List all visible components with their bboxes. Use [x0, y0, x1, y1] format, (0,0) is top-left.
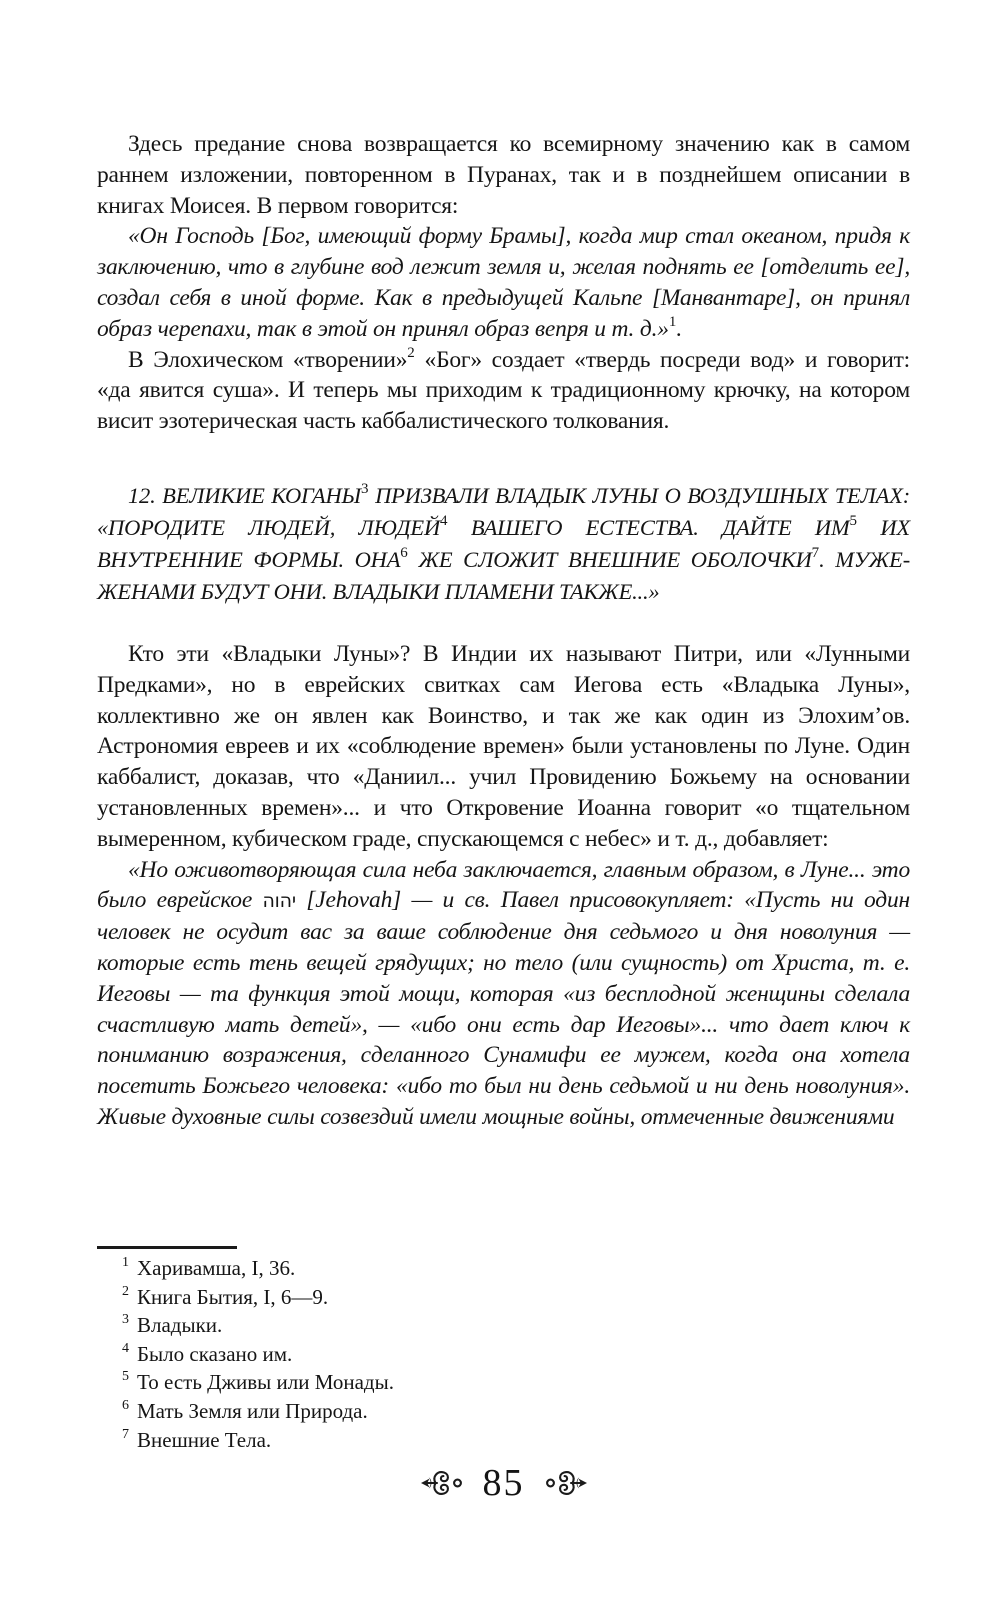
footnote-item: 4Было сказано им.	[97, 1340, 817, 1369]
paragraph-elohistic: В Элохическом «творении»2 «Бог» создает …	[97, 345, 910, 437]
book-page: Здесь предание снова возвращается ко все…	[0, 0, 1000, 1616]
footnote-marker: 1	[122, 1255, 129, 1270]
paragraph-lords-of-moon: Кто эти «Владыки Луны»? В Индии их назыв…	[97, 639, 910, 855]
footnote-item: 7Внешние Тела.	[97, 1426, 817, 1455]
page-footer: 85	[97, 1464, 910, 1502]
footnote-separator	[97, 1246, 237, 1249]
footnote-marker: 5	[122, 1369, 129, 1384]
quote-paragraph-1: «Он Господь [Бог, имеющий форму Брамы], …	[97, 221, 910, 344]
page-number: 85	[483, 1464, 525, 1502]
fleuron-left-icon	[420, 1468, 466, 1498]
footnote-text: Было сказано им.	[137, 1342, 292, 1366]
footnote-text: Харивамша, I, 36.	[137, 1256, 295, 1280]
footnote-marker: 3	[122, 1312, 129, 1327]
footnote-marker: 7	[122, 1427, 129, 1442]
fleuron-right-icon	[542, 1468, 588, 1498]
text-block: Здесь предание снова возвращается ко все…	[97, 129, 910, 1133]
footnote-text: Владыки.	[137, 1313, 222, 1337]
stanza-12: 12. ВЕЛИКИЕ КОГАНЫ3 ПРИЗВАЛИ ВЛАДЫК ЛУНЫ…	[97, 480, 910, 608]
footnote-text: Мать Земля или Природа.	[137, 1399, 368, 1423]
quote-paragraph-2: «Но оживотворяющая сила неба заключается…	[97, 855, 910, 1133]
footnote-item: 6Мать Земля или Природа.	[97, 1397, 817, 1426]
footnote-text: Внешние Тела.	[137, 1428, 271, 1452]
footnote-item: 3Владыки.	[97, 1311, 817, 1340]
footnote-marker: 6	[122, 1398, 129, 1413]
footnote-item: 5То есть Дживы или Монады.	[97, 1368, 817, 1397]
paragraph-intro: Здесь предание снова возвращается ко все…	[97, 129, 910, 221]
footnote-item: 1Харивамша, I, 36.	[97, 1254, 817, 1283]
footnote-text: Книга Бытия, I, 6—9.	[137, 1285, 328, 1309]
footnotes-section: 1Харивамша, I, 36. 2Книга Бытия, I, 6—9.…	[97, 1246, 817, 1454]
footnote-marker: 2	[122, 1284, 129, 1299]
footnote-marker: 4	[122, 1341, 129, 1356]
footnote-item: 2Книга Бытия, I, 6—9.	[97, 1283, 817, 1312]
footnote-text: То есть Дживы или Монады.	[137, 1370, 394, 1394]
